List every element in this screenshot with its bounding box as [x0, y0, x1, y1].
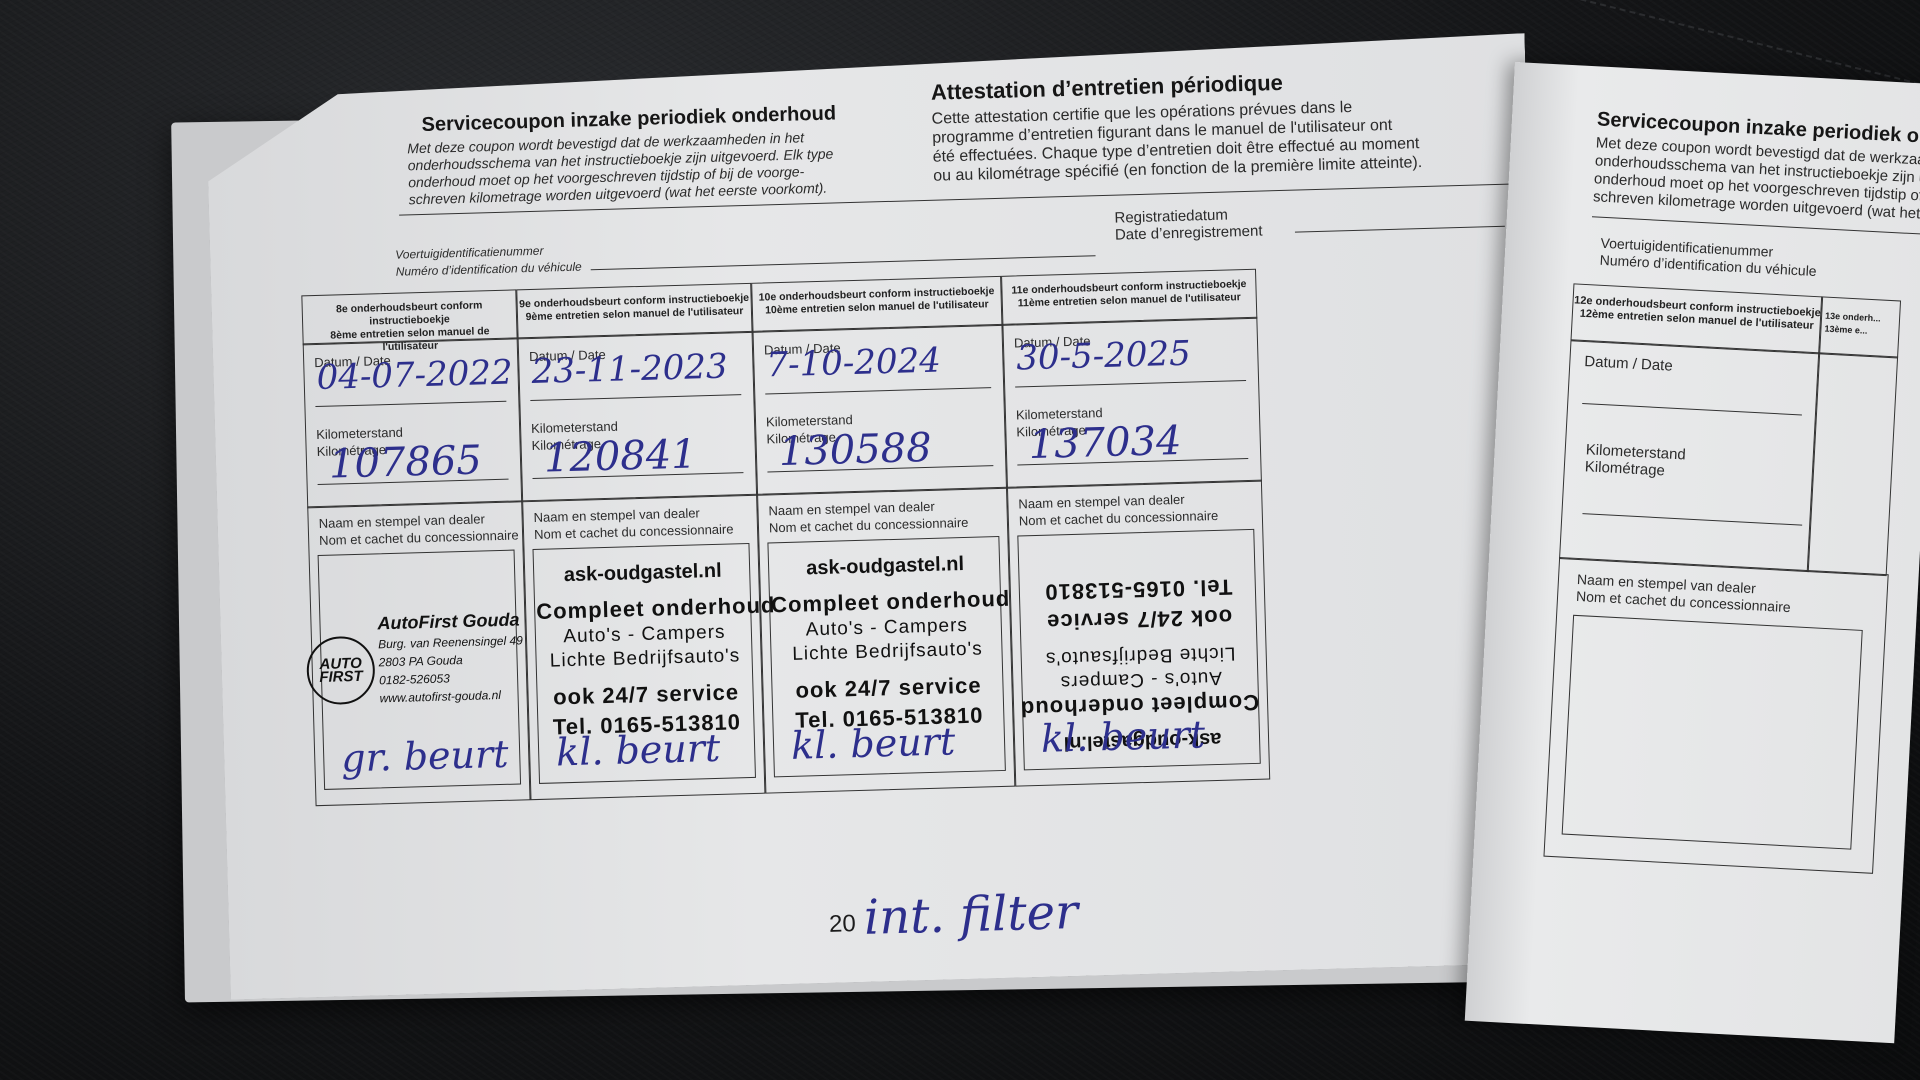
service-entry: Datum / Date 30-5-2025 Kilometerstand Ki… — [1002, 317, 1262, 489]
date-field-line — [1015, 380, 1246, 387]
service-12-entry: Datum / Date Kilometerstand Kilométrage — [1559, 339, 1820, 572]
stamp-line-service: Compleet onderhoud — [536, 593, 752, 625]
dealer-name: AutoFirst Gouda — [377, 609, 520, 634]
service-12-stamp-box — [1562, 615, 1863, 850]
service-13-header-fr: 13ème e... — [1824, 323, 1899, 340]
service-header: 8e onderhoudsbeurt conform instructieboe… — [301, 289, 517, 345]
right-vin-label: Voertuigidentificatienummer Numéro d’ide… — [1599, 235, 1818, 280]
dealer-website: ask-oudgastel.nl — [535, 559, 751, 588]
date-field-line — [530, 394, 741, 401]
vin-label: Voertuigidentificatienummer Numéro d’ide… — [395, 242, 582, 281]
handwritten-date: 04-07-2022 — [316, 353, 513, 398]
handwritten-date: 23-11-2023 — [531, 347, 728, 392]
handwritten-date: 7-10-2024 — [766, 341, 941, 386]
page-number: 20 — [829, 910, 856, 939]
dealer-label: Naam en stempel van dealer Nom et cachet… — [533, 503, 733, 543]
handwritten-remark: kl. beurt — [556, 726, 721, 775]
handwritten-page-note: int. filter — [863, 884, 1079, 946]
handwritten-remark: gr. beurt — [341, 732, 509, 781]
fr-intro: Cette attestation certifie que les opéra… — [931, 96, 1422, 186]
service-entry: Datum / Date 7-10-2024 Kilometerstand Ki… — [752, 324, 1007, 496]
dealer-cell: Naam en stempel van dealer Nom et cachet… — [522, 494, 765, 800]
vin-field-line — [591, 255, 1096, 270]
service-entry: Datum / Date 23-11-2023 Kilometerstand K… — [518, 331, 758, 502]
service-12-dealer-label: Naam en stempel van dealer Nom et cachet… — [1576, 571, 1792, 616]
dealer-phone: 0182-526053 — [379, 671, 450, 687]
dealer-cell: Naam en stempel van dealer Nom et cachet… — [1007, 480, 1270, 787]
dealer-city: 2803 PA Gouda — [378, 653, 462, 669]
service-12-date-field — [1582, 403, 1802, 416]
dealer-phone: Tel. 0165-513810 — [1021, 573, 1257, 606]
left-page: Servicecoupon inzake periodiek onderhoud… — [205, 33, 1550, 999]
right-nl-intro: Met deze coupon wordt bevestigd dat de w… — [1593, 134, 1920, 228]
stamp-line-24-7: ook 24/7 service — [538, 679, 754, 711]
service-12-km-label: Kilometerstand Kilométrage — [1584, 441, 1686, 480]
dealer-label: Naam en stempel van dealer Nom et cachet… — [318, 509, 518, 549]
service-13-entry — [1807, 352, 1898, 576]
service-12-km-field — [1582, 513, 1802, 526]
dealer-label: Naam en stempel van dealer Nom et cachet… — [768, 497, 968, 537]
handwritten-remark: kl. beurt — [790, 719, 955, 768]
logo-text: AUTO FIRST — [308, 657, 373, 685]
handwritten-date: 30-5-2025 — [1016, 334, 1191, 379]
service-13-header: 13e onderh... 13ème e... — [1818, 296, 1901, 358]
stamp-line-service: Compleet onderhoud — [771, 586, 1002, 618]
stamp-line-24-7: ook 24/7 service — [773, 672, 1004, 704]
service-12-dealer-cell: Naam en stempel van dealer Nom et cachet… — [1543, 557, 1888, 874]
stamp-line-vans: Lichte Bedrijfsauto's — [772, 638, 1003, 666]
stamp-line-vans: Lichte Bedrijfsauto's — [537, 645, 753, 673]
date-field-line — [315, 401, 506, 407]
stamp-line-vehicles: Auto's - Campers — [537, 621, 753, 649]
stamp-line-24-7: ook 24/7 service — [1021, 603, 1257, 636]
dealer-label: Naam en stempel van dealer Nom et cachet… — [1018, 490, 1218, 530]
registration-date-field-line — [1295, 226, 1505, 233]
nl-intro: Met deze coupon wordt bevestigd dat de w… — [407, 128, 834, 208]
dealer-cell: Naam en stempel van dealer Nom et cachet… — [307, 500, 530, 806]
date-field-line — [765, 387, 991, 394]
service-12-date-label: Datum / Date — [1584, 353, 1673, 375]
reg-label-fr: Date d’enregistrement — [1115, 223, 1263, 244]
service-entry: Datum / Date 04-07-2022 Kilometerstand K… — [303, 337, 523, 508]
dealer-website: ask-oudgastel.nl — [770, 552, 1001, 581]
dealer-cell: Naam en stempel van dealer Nom et cachet… — [757, 487, 1015, 794]
registration-date-label: Registratiedatum Date d’enregistrement — [1114, 206, 1262, 244]
right-page: Servicecoupon inzake periodiek onderhoud… — [1465, 62, 1920, 1043]
handwritten-remark: kl. beurt — [1040, 712, 1205, 761]
